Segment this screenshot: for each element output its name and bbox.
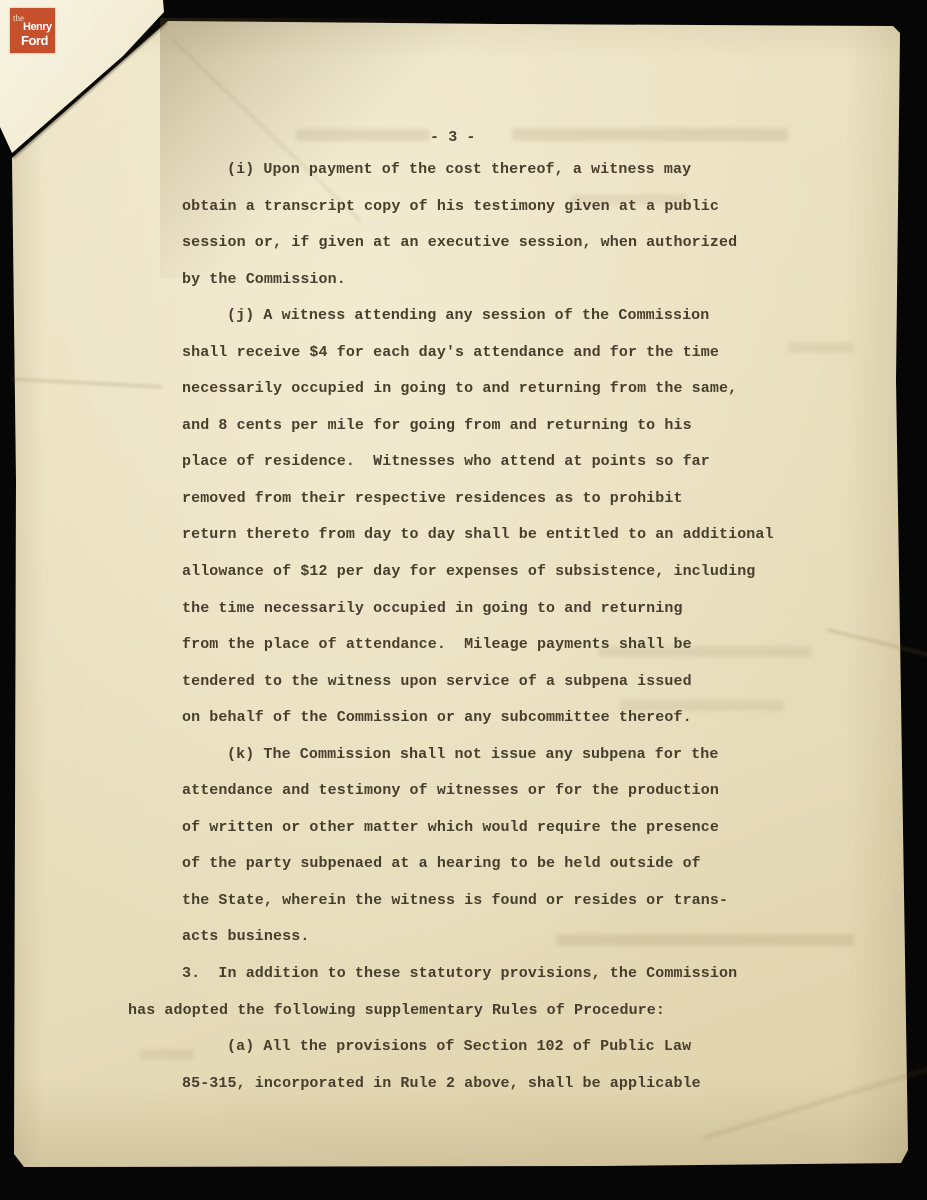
text-line: allowance of $12 per day for expenses of… bbox=[182, 554, 842, 591]
typewritten-text: (i) Upon payment of the cost thereof, a … bbox=[182, 152, 842, 1102]
text-line: by the Commission. bbox=[182, 262, 842, 299]
text-line: from the place of attendance. Mileage pa… bbox=[182, 627, 842, 664]
text-line: 85-315, incorporated in Rule 2 above, sh… bbox=[182, 1066, 842, 1103]
text-line: the State, wherein the witness is found … bbox=[182, 883, 842, 920]
text-line: of the party subpenaed at a hearing to b… bbox=[182, 846, 842, 883]
text-line: attendance and testimony of witnesses or… bbox=[182, 773, 842, 810]
text-line: (a) All the provisions of Section 102 of… bbox=[182, 1029, 842, 1066]
logo-word-ford: Ford bbox=[21, 34, 48, 47]
text-line: acts business. bbox=[182, 919, 842, 956]
text-line: (i) Upon payment of the cost thereof, a … bbox=[182, 152, 842, 189]
page-number: - 3 - bbox=[430, 129, 476, 146]
text-line: and 8 cents per mile for going from and … bbox=[182, 408, 842, 445]
text-line: 3. In addition to these statutory provis… bbox=[182, 956, 842, 993]
text-line: has adopted the following supplementary … bbox=[128, 993, 842, 1030]
text-line: the time necessarily occupied in going t… bbox=[182, 591, 842, 628]
text-line: session or, if given at an executive ses… bbox=[182, 225, 842, 262]
text-line: place of residence. Witnesses who attend… bbox=[182, 444, 842, 481]
text-line: necessarily occupied in going to and ret… bbox=[182, 371, 842, 408]
text-line: return thereto from day to day shall be … bbox=[182, 517, 842, 554]
text-line: tendered to the witness upon service of … bbox=[182, 664, 842, 701]
text-line: (j) A witness attending any session of t… bbox=[182, 298, 842, 335]
text-line: on behalf of the Commission or any subco… bbox=[182, 700, 842, 737]
henry-ford-logo: the Henry Ford bbox=[10, 8, 55, 53]
scanned-document-scene: the Henry Ford - 3 - (i) Upon payment of… bbox=[0, 0, 927, 1200]
text-line: removed from their respective residences… bbox=[182, 481, 842, 518]
text-line: (k) The Commission shall not issue any s… bbox=[182, 737, 842, 774]
text-line: shall receive $4 for each day's attendan… bbox=[182, 335, 842, 372]
text-line: obtain a transcript copy of his testimon… bbox=[182, 189, 842, 226]
text-line: of written or other matter which would r… bbox=[182, 810, 842, 847]
logo-word-henry: Henry bbox=[23, 22, 52, 33]
